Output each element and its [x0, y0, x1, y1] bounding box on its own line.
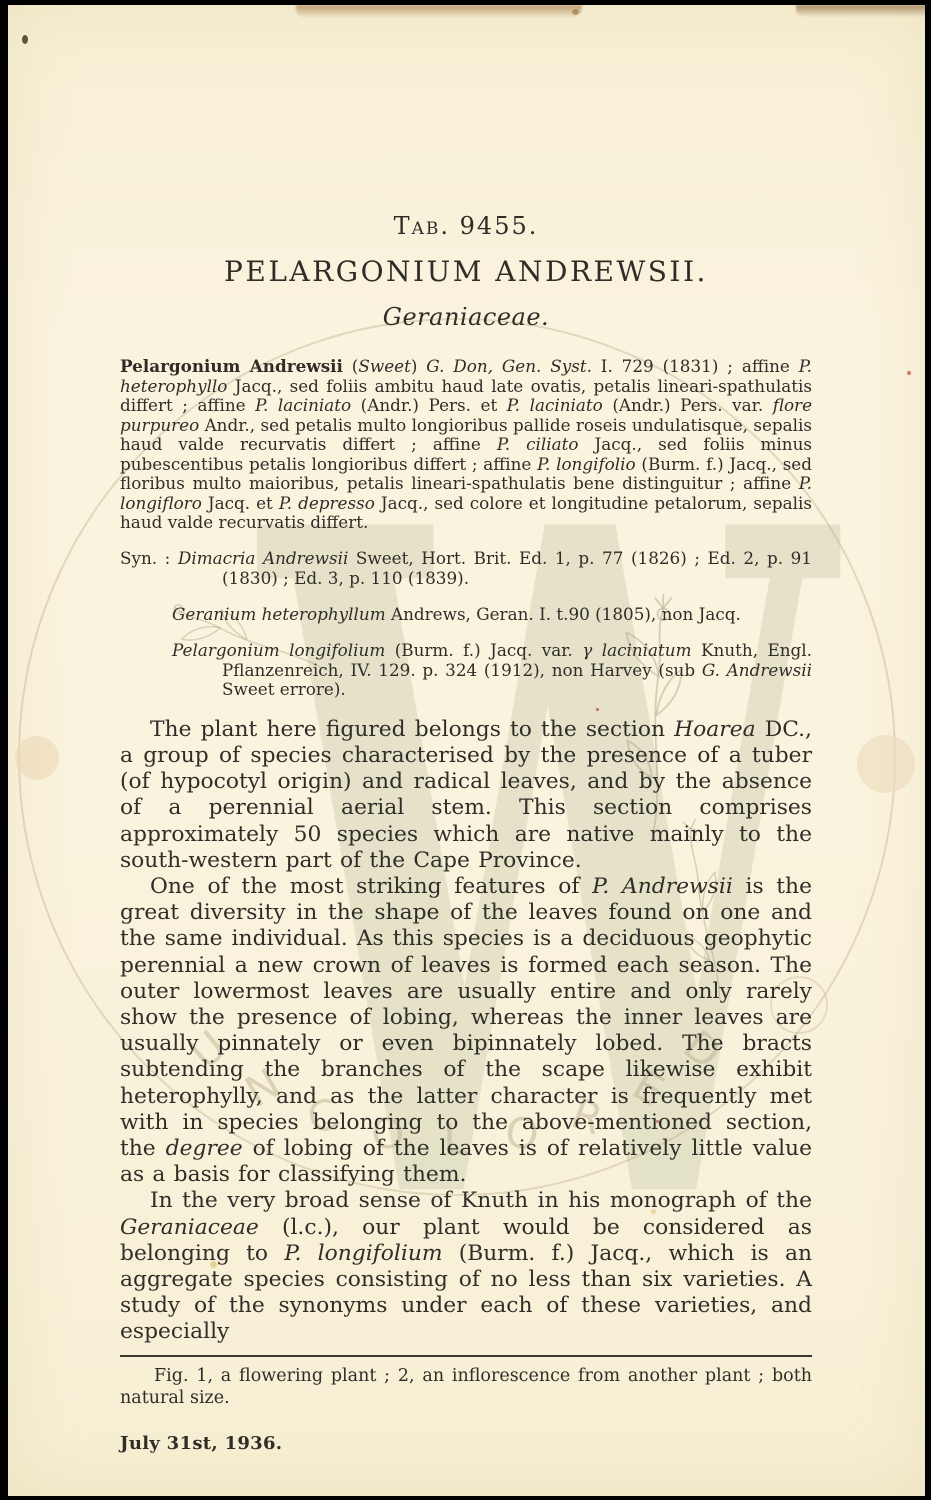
text-segment: Pelargonium longifolium: [172, 640, 385, 660]
synonymy-label: Syn. :: [120, 548, 178, 568]
text-segment: P. laciniato: [255, 395, 351, 415]
text-segment: P. longifolio: [537, 454, 636, 474]
text-segment: γ laciniatum: [582, 640, 691, 660]
text-segment: Hoarea: [674, 717, 755, 742]
text-segment: P. depresso: [279, 493, 375, 513]
text-segment: Sweet: [358, 356, 410, 376]
text-segment: Sweet errore).: [222, 679, 346, 699]
watermark-disc-right: [857, 735, 915, 793]
text-segment: (Burm. f.) Jacq. var.: [385, 640, 582, 660]
text-segment: Jacq. et: [202, 493, 279, 513]
text-segment: degree: [166, 1136, 243, 1161]
text-segment: In the very broad sense of Knuth in his …: [150, 1188, 812, 1213]
text-segment: The plant here figured belongs to the se…: [150, 717, 674, 742]
text-segment: P. Andrewsii: [592, 874, 733, 899]
paper-sheet: W UNCOLORED: [8, 5, 925, 1496]
figure-caption: Fig. 1, a flowering plant ; 2, an inflor…: [120, 1365, 812, 1409]
synonymy-entry: Pelargonium longifolium (Burm. f.) Jacq.…: [172, 641, 812, 700]
plate-number-heading: Tab. 9455.: [120, 211, 812, 241]
text-segment: (Andr.) Pers. et: [351, 395, 507, 415]
figure-caption-rule: [120, 1355, 812, 1357]
page-content: Tab. 9455. PELARGONIUM ANDREWSII. Gerani…: [120, 5, 812, 1454]
synonymy-entry: Syn. : Dimacria Andrewsii Sweet, Hort. B…: [120, 549, 812, 588]
text-segment: I. 729 (1831) ; affine: [592, 356, 799, 376]
text-segment: (: [343, 356, 358, 376]
publication-date: July 31st, 1936.: [120, 1433, 812, 1454]
nomenclature-paragraph: Pelargonium Andrewsii (Sweet) G. Don, Ge…: [120, 357, 812, 533]
text-segment: P. ciliato: [497, 434, 579, 454]
text-segment: G. Andrewsii: [702, 660, 812, 680]
text-segment: (Andr.) Pers. var.: [603, 395, 773, 415]
text-segment: Geraniaceae: [120, 1215, 259, 1240]
body-paragraph: One of the most striking features of P. …: [120, 874, 812, 1188]
text-segment: ): [411, 356, 426, 376]
body-paragraph: The plant here figured belongs to the se…: [120, 717, 812, 874]
species-title: PELARGONIUM ANDREWSII.: [120, 254, 812, 290]
watermark-disc-left: [15, 736, 59, 780]
synonymy-entry: Geranium heterophyllum Andrews, Geran. I…: [172, 605, 812, 625]
text-segment: Dimacria Andrewsii: [178, 548, 348, 568]
family-name: Geraniaceae.: [120, 302, 812, 332]
text-segment: G. Don, Gen. Syst.: [426, 356, 592, 376]
text-segment: Andrews, Geran. I. t.90 (1805), non Jacq…: [386, 604, 741, 624]
text-segment: One of the most striking features of: [150, 874, 592, 899]
text-segment: is the great diversity in the shape of t…: [120, 874, 812, 1161]
synonymy-section: Syn. : Dimacria Andrewsii Sweet, Hort. B…: [120, 549, 812, 700]
text-segment: Pelargonium Andrewsii: [120, 356, 343, 376]
text-segment: Geranium heterophyllum: [172, 604, 386, 624]
body-paragraph: In the very broad sense of Knuth in his …: [120, 1188, 812, 1345]
ink-speck: [907, 371, 911, 375]
stain-top-right: [796, 5, 925, 17]
synonymy-entry-text: Dimacria Andrewsii Sweet, Hort. Brit. Ed…: [178, 548, 812, 588]
stain-dot: [22, 35, 28, 44]
text-segment: P. laciniato: [507, 395, 603, 415]
text-segment: P. longifolium: [284, 1241, 442, 1266]
scanned-page: W UNCOLORED: [0, 0, 931, 1500]
